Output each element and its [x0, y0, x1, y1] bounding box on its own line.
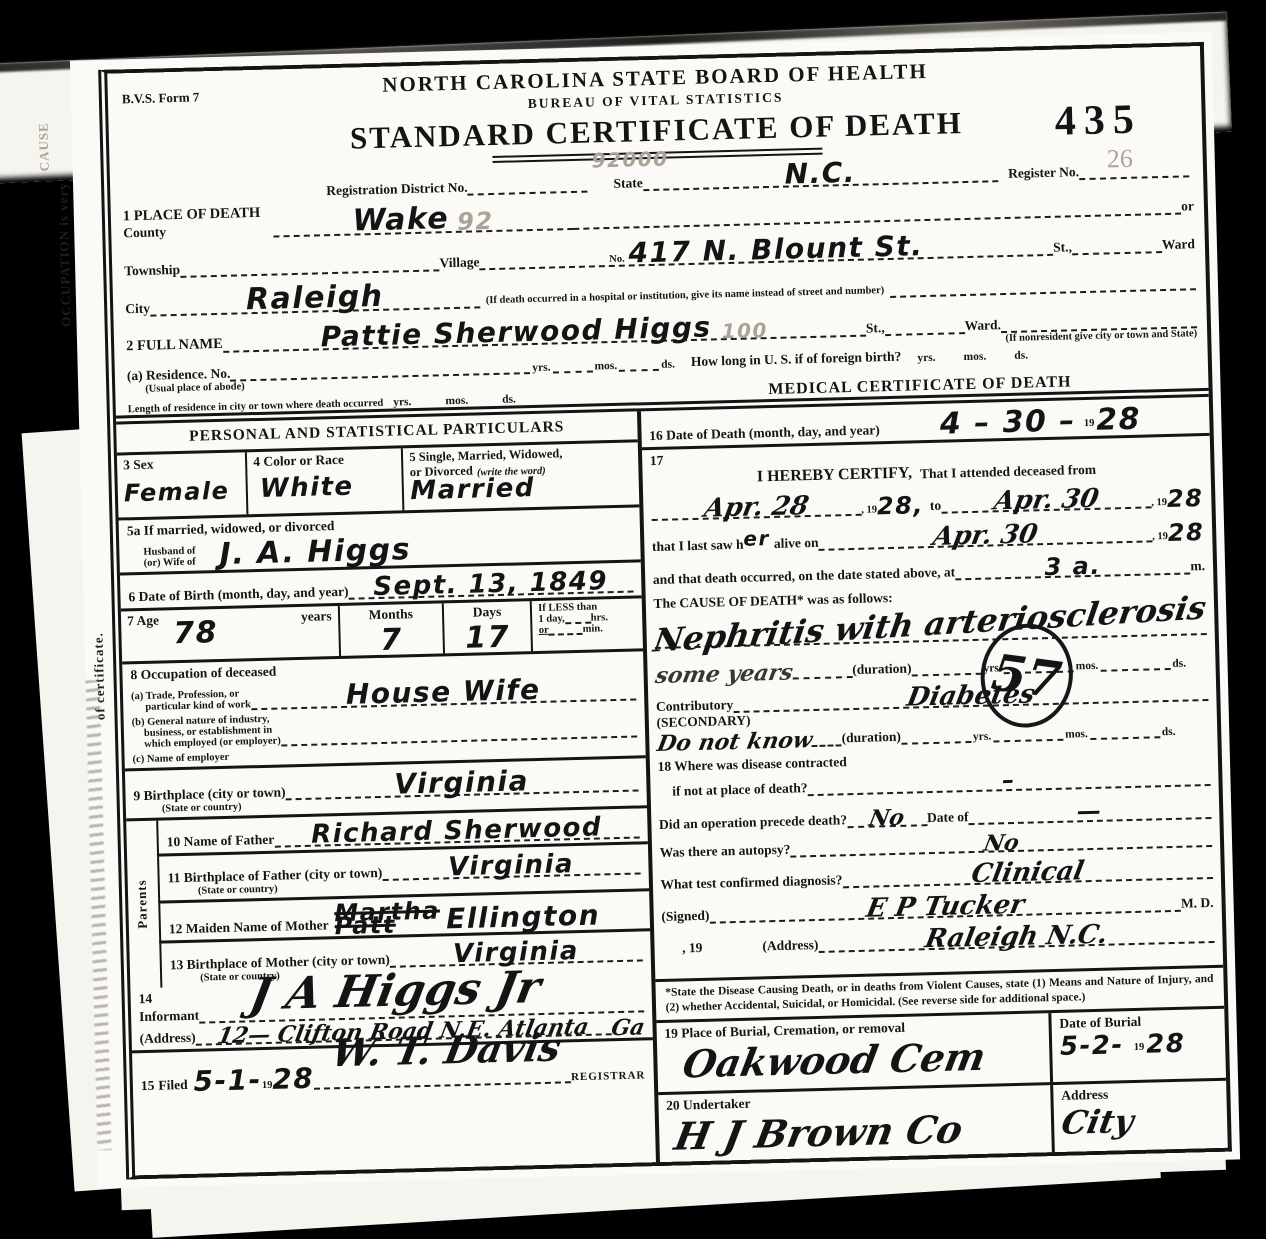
test-label: What test confirmed diagnosis? [660, 872, 842, 893]
to-year-pre: , 19 [1151, 497, 1167, 508]
dod-value: 4 – 30 – [939, 403, 1076, 441]
addr-label: (Address) [762, 937, 818, 954]
street-value: 417 N. Blount St. [628, 229, 924, 269]
birthplace-value: Virginia [394, 764, 529, 800]
fullname-faint-number: 100 [721, 318, 768, 343]
personal-heading: PERSONAL AND STATISTICAL PARTICULARS [189, 418, 565, 444]
mother-blank: Martha Patt Ellington [328, 894, 642, 933]
operation-label: Did an operation precede death? [659, 812, 847, 833]
test-value: Clinical [969, 856, 1086, 889]
city-label: City [125, 301, 150, 318]
occupation-row: 8 Occupation of deceased (a) Trade, Prof… [122, 651, 645, 771]
burial-value: Oakwood Cem [679, 1032, 1045, 1086]
saw-year-pre: , 19 [1152, 531, 1168, 542]
sec-yrs: yrs. [973, 731, 992, 743]
undertaker-split: 20 Undertaker H J Brown Co Address City [658, 1081, 1228, 1162]
hour-m-label: m. [1190, 558, 1205, 574]
burial-place-cell: 19 Place of Burial, Cremation, or remova… [656, 1013, 1050, 1092]
informant-address-label: (Address) [139, 1029, 195, 1046]
occupation-b-labels: (b) General nature of industry, business… [132, 714, 281, 751]
form-number: B.V.S. Form 7 [122, 89, 200, 107]
death-certificate: CAUSE OCCUPATION is very of certificate.… [70, 32, 1240, 1189]
saw-label1: that I last saw h [652, 537, 744, 555]
length-ds: ds. [502, 393, 516, 405]
township-label: Township [124, 262, 180, 279]
filed-value: 5-1- [193, 1063, 262, 1098]
attended-dates-line: Apr. 28 , 19 28, to Apr. 30 , 19 28 [651, 481, 1204, 521]
test-blank: Clinical [842, 853, 1213, 888]
occ-a2: particular kind of work [145, 699, 251, 713]
informant-label: Informant [139, 1007, 199, 1025]
father-label: 10 Name of Father [167, 832, 275, 851]
spouse-value: J. A. Higgs [219, 532, 411, 572]
to-value: Apr. 30 [991, 484, 1101, 517]
city-value: Raleigh [246, 279, 384, 317]
duration-mos: mos. [1076, 660, 1099, 673]
from-value: Apr. 28 [701, 491, 811, 524]
certify-block: 17 I HEREBY CERTIFY, That I attended dec… [642, 436, 1224, 982]
duration-blank3 [1100, 668, 1170, 672]
certify-bold: I HEREBY CERTIFY, [757, 464, 913, 486]
filed-year: 28 [272, 1061, 315, 1095]
autopsy-label: Was there an autopsy? [660, 842, 791, 861]
register-no-blank [1079, 175, 1189, 180]
to-label: to [930, 498, 942, 514]
father-value: Richard Sherwood [311, 812, 603, 849]
state-label: State [613, 175, 643, 192]
footnote-text: *State the Disease Causing Death, or in … [665, 973, 1213, 1014]
registration-district-blank [468, 191, 588, 196]
county-faint-number: 92 [457, 207, 494, 236]
register-no-label: Register No. [1008, 164, 1079, 182]
sec-ds: ds. [1162, 726, 1176, 738]
state-value: N.C. [784, 156, 856, 191]
dateof-value: — [1077, 797, 1103, 826]
or-label: or [1181, 198, 1194, 214]
filed-label: Filed [158, 1077, 188, 1094]
occupation-a-labels: (a) Trade, Profession, or particular kin… [131, 688, 251, 713]
addr-value: Raleigh N.C. [923, 920, 1110, 955]
fullname-ward-label: Ward. [964, 317, 1001, 334]
spouse-label3: (or) Wife of [144, 557, 196, 569]
from-blank: Apr. 28 [651, 490, 862, 521]
foreign-mos: mos. [963, 351, 986, 364]
from-year: 28, [877, 491, 925, 520]
foreign-yrs: yrs. [917, 352, 936, 364]
contributory-label: Contributory [656, 697, 734, 715]
race-value: White [260, 471, 397, 504]
less-than-day-cell: If LESS than 1 day, hrs. or min. [532, 598, 643, 651]
autopsy-blank: No [790, 825, 1212, 858]
burial-date-value: 5-2- [1060, 1030, 1125, 1062]
md-label: M. D. [1181, 895, 1214, 912]
dod-label: 16 Date of Death (month, day, and year) [649, 422, 880, 444]
residence-yrs: yrs. [532, 362, 551, 374]
undertaker-address-value: City [1058, 1100, 1222, 1142]
signed-blank: E P Tucker [709, 886, 1181, 924]
months-value: 7 [346, 622, 437, 659]
undertaker-cell: 20 Undertaker H J Brown Co [658, 1085, 1052, 1162]
registrar-label: REGISTRAR [571, 1069, 646, 1083]
duration-ds: ds. [1172, 658, 1186, 670]
personal-column: PERSONAL AND STATISTICAL PARTICULARS 3 S… [116, 411, 659, 1175]
days-cell: Days 17 [444, 601, 534, 653]
certificate-number: 435 [1054, 96, 1142, 146]
days-value: 17 [450, 619, 525, 656]
sex-cell: 3 Sex Female [117, 452, 249, 517]
saw-blank: Apr. 30 [818, 516, 1152, 550]
burial-year-pre: 19 [1134, 1042, 1145, 1053]
saw-label2: alive on [774, 535, 819, 552]
age-years-label: years [301, 608, 332, 625]
saw-er: er [743, 526, 770, 551]
foreign-ds: ds. [1014, 349, 1028, 361]
hour-blank: 3 a. [955, 549, 1191, 580]
operation-value: No [867, 805, 907, 832]
sex-value: Female [124, 476, 241, 507]
age-label: 7 Age [127, 613, 159, 630]
hour-value: 3 a. [1044, 552, 1101, 581]
parents-block: Parents 10 Name of Father Richard Sherwo… [126, 808, 651, 988]
dob-label: 6 Date of Birth (month, day, and year) [128, 584, 348, 606]
street-no-label: No. [609, 254, 625, 265]
months-cell: Months 7 [339, 603, 444, 656]
mother-value: Ellington [446, 898, 601, 935]
residence-mos: mos. [594, 360, 617, 373]
informant-signature: J A Higgs Jr [246, 961, 545, 1020]
age-value: 78 [173, 615, 219, 651]
registration-district-label: Registration District No. [326, 180, 468, 200]
race-cell: 4 Color or Race White [247, 448, 405, 514]
county-blank: Wake 92 [273, 198, 574, 238]
operation-blank: No [847, 804, 928, 828]
st-blank [1072, 251, 1162, 255]
sec-blank3 [1090, 736, 1160, 740]
ward-label: Ward [1162, 236, 1195, 253]
dod-year-pre: 19 [1084, 418, 1095, 429]
medical-column: 16 Date of Death (month, day, and year) … [641, 397, 1228, 1162]
less-label2: 1 day, [538, 613, 565, 625]
filed-year-pre: 19 [262, 1079, 273, 1090]
age-inner: 7 Age 78 years [127, 608, 333, 652]
parents-tag: Parents [134, 879, 151, 929]
where-value: – [1002, 766, 1016, 794]
duration-blank0 [792, 676, 852, 680]
abode-note: (Usual place of abode) [145, 381, 245, 395]
father-blank: Richard Sherwood [274, 811, 640, 847]
burial-date-line: 5-2- 19 28 [1060, 1028, 1218, 1057]
hour-line: and that death occurred, on the date sta… [652, 549, 1205, 588]
undertaker-address-cell: Address City [1050, 1081, 1228, 1152]
village-label: Village [439, 254, 479, 271]
fullname-st-label: St., [866, 320, 885, 336]
state-blank: N.C. [642, 152, 998, 191]
mother-label: 12 Maiden Name of Mother [169, 917, 329, 937]
informant-address-value2: Ga [609, 1014, 647, 1041]
autopsy-value: No [981, 830, 1021, 857]
mother-line: 12 Maiden Name of Mother Martha Patt Ell… [168, 894, 641, 937]
less-min-label: min. [583, 623, 603, 635]
less-min-blank [549, 633, 583, 636]
where-label2: if not at place of death? [672, 780, 808, 799]
residence-ds: ds. [661, 358, 675, 370]
certificate-form: B.V.S. Form 7 NORTH CAROLINA STATE BOARD… [98, 42, 1232, 1180]
duration-label2: (duration) [841, 729, 901, 746]
margin-instruction-occupation: OCCUPATION is very [52, 67, 75, 327]
hospital-note: (If death occurred in a hospital or inst… [486, 285, 885, 306]
less-hrs-label: hrs. [591, 612, 608, 623]
to-year: 28 [1167, 484, 1204, 513]
undertaker-value: H J Brown Co [671, 1104, 1047, 1159]
signed-signature: E P Tucker [864, 890, 1027, 924]
date19-label: , 19 [682, 940, 703, 957]
signed-label: (Signed) [661, 908, 709, 925]
sec-blank1 [901, 741, 971, 745]
city-blank2 [890, 288, 1196, 298]
marital-value: Married [410, 471, 633, 507]
filed-blank [314, 1081, 571, 1089]
dob-value: Sept. 13, 1849 [373, 566, 608, 602]
to-blank: Apr. 30 [941, 482, 1152, 513]
undertaker-row: 20 Undertaker H J Brown Co Address City [658, 1081, 1228, 1162]
address-line: , 19 (Address) Raleigh N.C. [662, 917, 1215, 957]
saw-value: Apr. 30 [930, 519, 1040, 552]
secondary-value: Do not know [655, 727, 815, 757]
from-year-pre: , 19 [861, 504, 877, 515]
less-or-label: or [539, 625, 549, 636]
dod-blank: 4 – 30 – 19 28 [879, 400, 1201, 438]
duration-label: (duration) [852, 661, 912, 678]
occ-a-value: House Wife [345, 673, 540, 711]
race-label: 4 Color or Race [253, 451, 396, 471]
marital-cell: 5 Single, Married, Widowed, or Divorced … [403, 442, 639, 510]
spouse-sublabels: Husband of (or) Wife of [127, 546, 196, 570]
length-mos: mos. [445, 395, 468, 408]
registrar-signature: W. T. Davis [328, 1024, 565, 1075]
age-cell: 7 Age 78 years [121, 606, 341, 662]
sec-blank0 [812, 744, 842, 747]
duration-scrawl: some years [653, 659, 795, 689]
place-of-death-block: 1 PLACE OF DEATH County [123, 205, 274, 242]
hour-label: and that death occurred, on the date sta… [653, 564, 956, 588]
filed-no: 15 [141, 1077, 155, 1093]
burial-date-cell: Date of Burial 5-2- 19 28 [1048, 1009, 1226, 1082]
burial-year: 28 [1146, 1029, 1186, 1060]
sex-race-marital-cells: 3 Sex Female 4 Color or Race White 5 Sin… [117, 442, 639, 517]
county-label: County [123, 222, 273, 242]
certify-rest: That I attended deceased from [920, 462, 1096, 482]
occ-c-label: (c) Name of employer [132, 752, 229, 765]
dateof-label: Date of [927, 809, 969, 826]
mother-struck-name: Martha Patt [334, 900, 440, 933]
saw-year: 28 [1167, 518, 1204, 547]
st-label: St., [1053, 239, 1072, 255]
fullname-label: 2 FULL NAME [126, 336, 223, 355]
sec-mos: mos. [1065, 728, 1088, 741]
length-yrs: yrs. [393, 396, 412, 408]
township-blank [180, 269, 439, 278]
columns: PERSONAL AND STATISTICAL PARTICULARS 3 S… [116, 397, 1228, 1175]
dob-blank: Sept. 13, 1849 [348, 566, 633, 600]
margin-instruction-fragment: CAUSE [34, 51, 53, 171]
father-bp-value: Virginia [448, 849, 575, 882]
dod-year: 28 [1096, 402, 1142, 438]
duration-blank1 [912, 673, 982, 677]
burial-split: 19 Place of Burial, Cremation, or remova… [656, 1009, 1226, 1092]
days-label: Days [450, 603, 525, 621]
occ-b3: which employed (or employer) [144, 736, 281, 750]
sec-blank2 [993, 739, 1063, 743]
city-blank: Raleigh [149, 276, 480, 316]
sex-label: 3 Sex [123, 454, 240, 473]
dateof-blank: — [968, 794, 1211, 825]
county-value: Wake [352, 201, 449, 238]
certificate-header: B.V.S. Form 7 NORTH CAROLINA STATE BOARD… [107, 46, 1208, 416]
